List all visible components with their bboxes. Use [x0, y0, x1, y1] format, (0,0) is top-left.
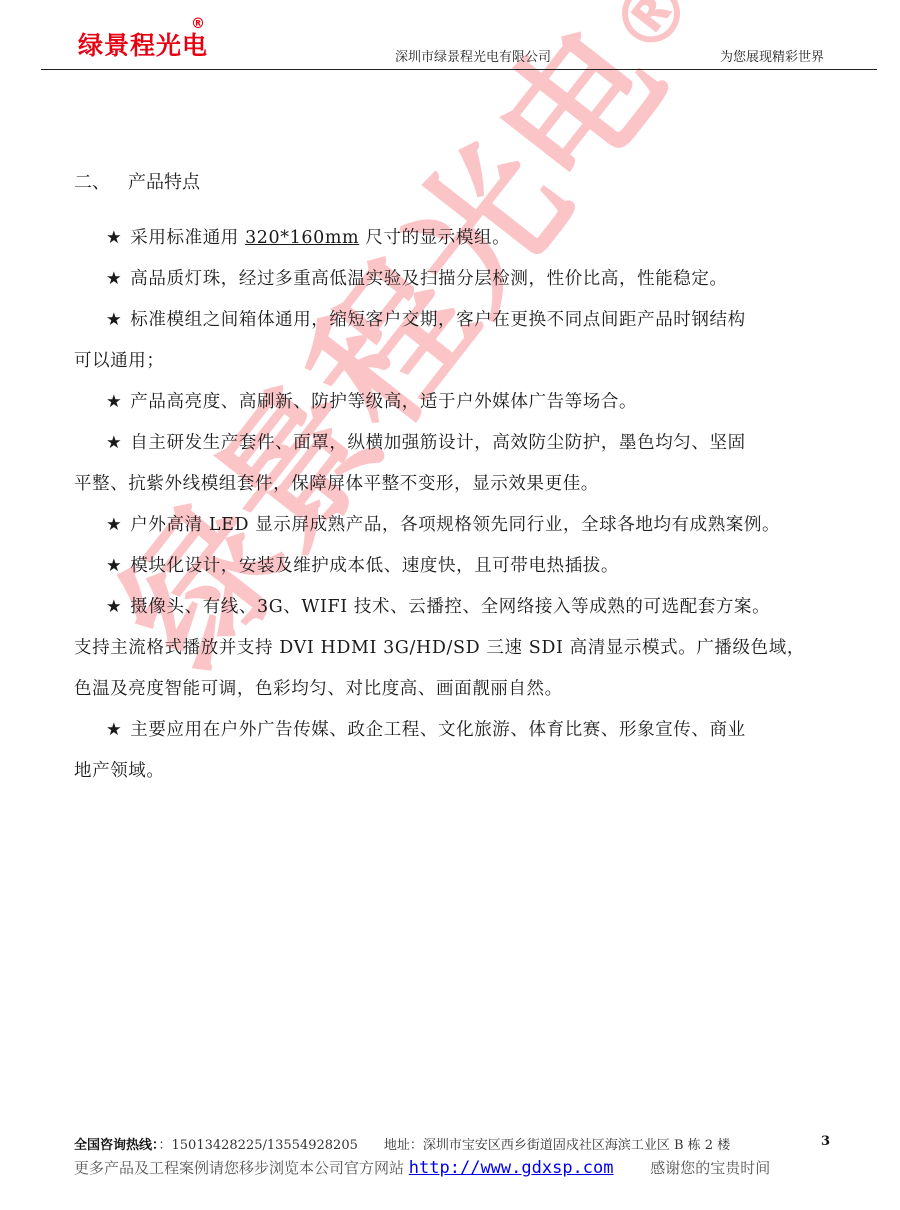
feature-item: ★户外高清 LED 显示屏成熟产品，各项规格领先同行业，全球各地均有成熟案例。: [106, 505, 866, 546]
star-bullet-icon: ★: [106, 597, 122, 617]
hotline-label: 全国咨询热线：: [74, 1138, 159, 1153]
star-bullet-icon: ★: [106, 310, 122, 330]
feature-item: ★产品高亮度、高刷新、防护等级高，适于户外媒体广告等场合。: [106, 382, 866, 423]
feature-item: ★主要应用在户外广告传媒、政企工程、文化旅游、体育比赛、形象宣传、商业: [106, 710, 866, 751]
feature-item: ★模块化设计，安装及维护成本低、速度快，且可带电热插拔。: [106, 546, 866, 587]
website-link[interactable]: http://www.gdxsp.com: [409, 1158, 614, 1178]
star-bullet-icon: ★: [106, 433, 122, 453]
feature-item: ★摄像头、有线、3G、WIFI 技术、云播控、全网络接入等成熟的可选配套方案。: [106, 587, 866, 628]
thanks-text: 感谢您的宝贵时间: [650, 1159, 770, 1177]
header-slogan: 为您展现精彩世界: [720, 46, 824, 65]
feature-item: ★自主研发生产套件、面罩，纵横加强筋设计，高效防尘防护，墨色均匀、坚固: [106, 423, 866, 464]
header-company-name: 深圳市绿景程光电有限公司: [395, 46, 551, 65]
feature-item: ★采用标准通用 320*160mm 尺寸的显示模组。: [106, 218, 866, 259]
header-divider: [41, 69, 877, 70]
page-number: 3: [821, 1134, 830, 1149]
star-bullet-icon: ★: [106, 515, 122, 535]
feature-continuation: 可以通用；: [74, 341, 165, 382]
star-bullet-icon: ★: [106, 720, 122, 740]
feature-continuation: 色温及亮度智能可调，色彩均匀、对比度高、画面靓丽自然。: [74, 669, 563, 710]
star-bullet-icon: ★: [106, 228, 122, 248]
feature-item: ★高品质灯珠，经过多重高低温实验及扫描分层检测，性价比高，性能稳定。: [106, 259, 866, 300]
registered-mark-icon: ®: [191, 16, 206, 32]
watermark-registered-mark: ®: [591, 0, 715, 74]
company-address: 地址：深圳市宝安区西乡街道固戍社区海滨工业区 B 栋 2 楼: [384, 1138, 730, 1153]
module-size: 320*160mm: [245, 228, 359, 248]
section-title: 产品特点: [128, 172, 200, 193]
footer-website-line: 更多产品及工程案例请您移步浏览本公司官方网站 http://www.gdxsp.…: [74, 1157, 770, 1178]
feature-continuation: 支持主流格式播放并支持 DVI HDMI 3G/HD/SD 三速 SDI 高清显…: [74, 628, 805, 669]
section-number: 二、: [74, 168, 128, 194]
hotline-numbers: ：15013428225/13554928205: [159, 1138, 358, 1153]
star-bullet-icon: ★: [106, 269, 122, 289]
feature-continuation: 地产领域。: [74, 751, 165, 792]
star-bullet-icon: ★: [106, 392, 122, 412]
feature-item: ★标准模组之间箱体通用，缩短客户交期，客户在更换不同点间距产品时钢结构: [106, 300, 866, 341]
website-prompt: 更多产品及工程案例请您移步浏览本公司官方网站: [74, 1159, 404, 1177]
footer-contact-line: 全国咨询热线：：15013428225/13554928205地址：深圳市宝安区…: [74, 1134, 730, 1153]
section-heading: 二、产品特点: [74, 168, 200, 194]
feature-continuation: 平整、抗紫外线模组套件，保障屏体平整不变形，显示效果更佳。: [74, 464, 599, 505]
company-logo: 绿景程光电 ®: [78, 26, 208, 62]
logo-text: 绿景程光电: [78, 31, 208, 60]
document-page: 绿景程光电® 绿景程光电 ® 深圳市绿景程光电有限公司 为您展现精彩世界 二、产…: [0, 0, 900, 1210]
star-bullet-icon: ★: [106, 556, 122, 576]
